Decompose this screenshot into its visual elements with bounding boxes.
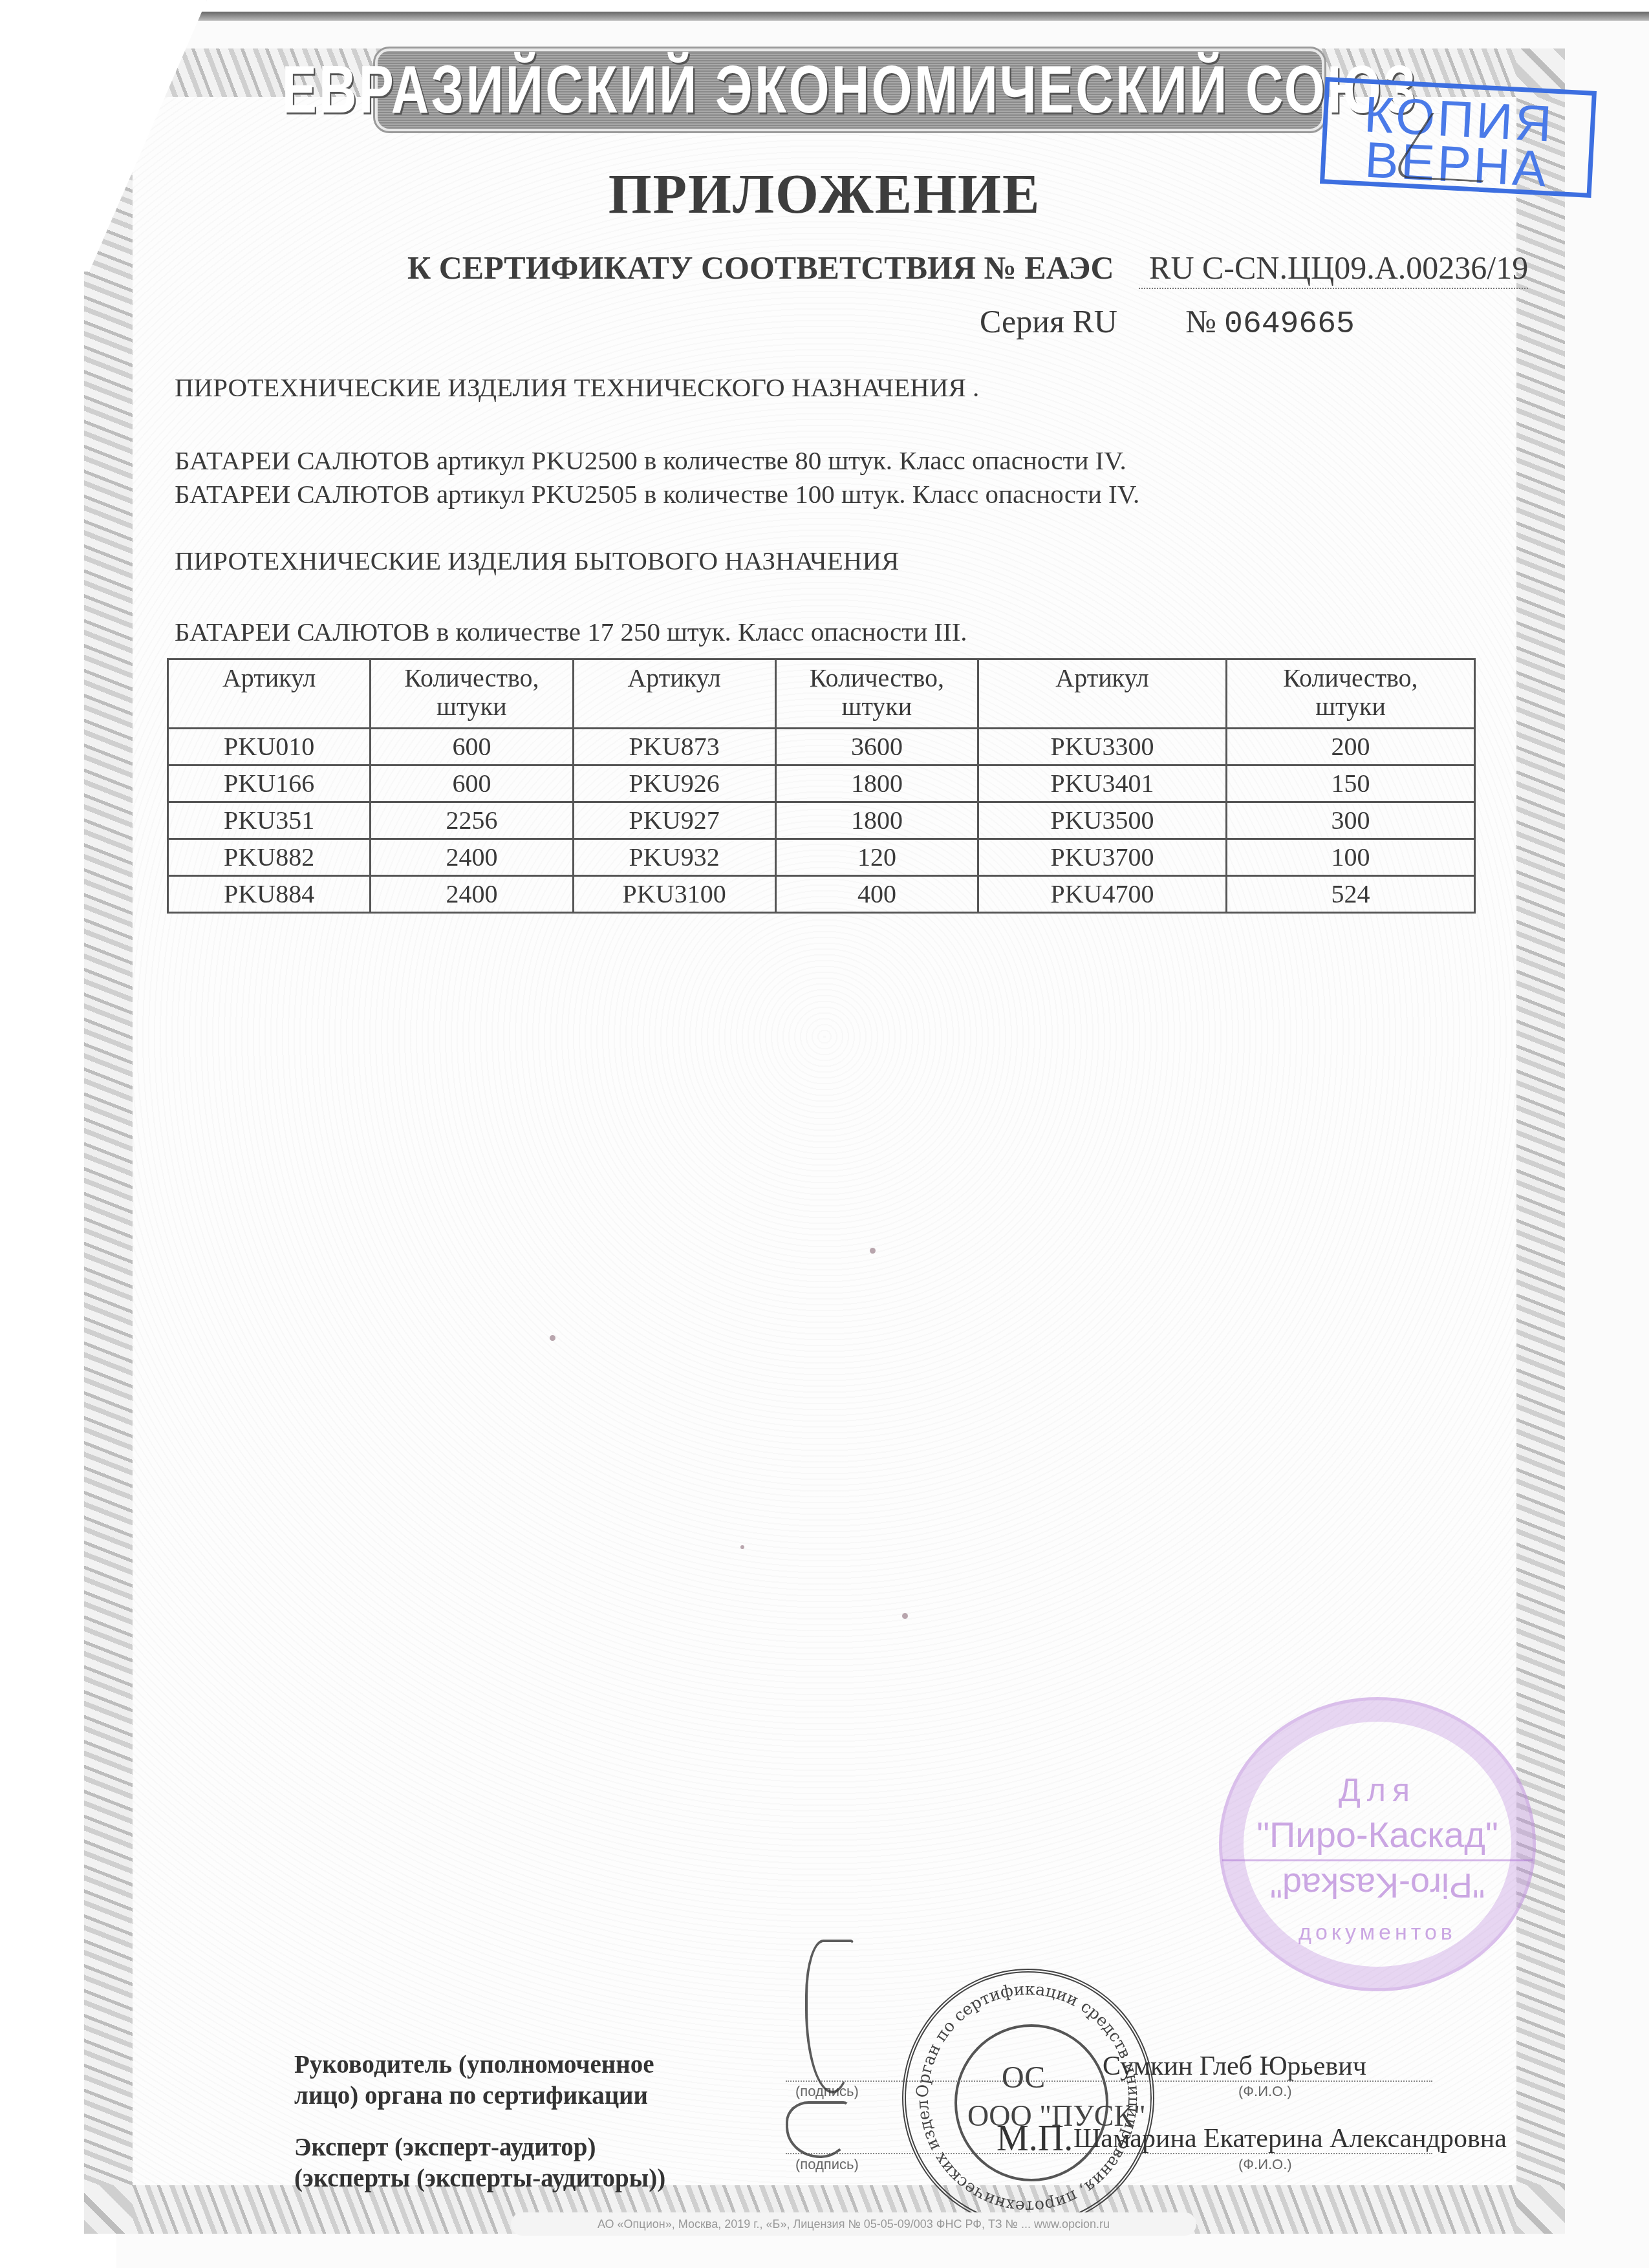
table-row: PKU166600PKU9261800PKU3401150 bbox=[168, 765, 1475, 802]
column-header-quantity: Количество,штуки bbox=[1226, 659, 1474, 729]
technical-item: БАТАРЕИ САЛЮТОВ артикул PKU2500 в количе… bbox=[175, 445, 1126, 476]
articles-table: Артикул Количество,штуки Артикул Количес… bbox=[167, 658, 1476, 914]
purple-stamp-line1: Для bbox=[1222, 1771, 1533, 1809]
head-name-caption: (Ф.И.О.) bbox=[1238, 2083, 1292, 2100]
quantity-cell: 2256 bbox=[371, 802, 573, 839]
quantity-cell: 400 bbox=[775, 876, 978, 913]
article-cell: PKU3401 bbox=[978, 765, 1227, 802]
quantity-cell: 1800 bbox=[775, 802, 978, 839]
purple-stamp-line4: документов bbox=[1222, 1920, 1533, 1945]
article-cell: PKU166 bbox=[168, 765, 371, 802]
quantity-cell: 600 bbox=[371, 765, 573, 802]
article-cell: PKU3500 bbox=[978, 802, 1227, 839]
series-line: Серия RU № 0649665 bbox=[980, 303, 1355, 342]
purple-company-stamp: Для "Пиро-Каскад" "Piro-Kaskad" документ… bbox=[1219, 1697, 1536, 1991]
article-cell: PKU882 bbox=[168, 839, 371, 876]
article-cell: PKU926 bbox=[573, 765, 775, 802]
article-cell: PKU3100 bbox=[573, 876, 775, 913]
banner-title: ЕВРАЗИЙСКИЙ ЭКОНОМИЧЕСКИЙ СОЮЗ bbox=[282, 52, 1418, 129]
table-row: PKU8842400PKU3100400PKU4700524 bbox=[168, 876, 1475, 913]
article-cell: PKU010 bbox=[168, 729, 371, 765]
article-cell: PKU4700 bbox=[978, 876, 1227, 913]
article-cell: PKU3700 bbox=[978, 839, 1227, 876]
scan-speck bbox=[550, 1335, 555, 1341]
number-value: 0649665 bbox=[1224, 307, 1355, 342]
table-row: PKU8822400PKU932120PKU3700100 bbox=[168, 839, 1475, 876]
article-cell: PKU873 bbox=[573, 729, 775, 765]
table-row: PKU3512256PKU9271800PKU3500300 bbox=[168, 802, 1475, 839]
article-cell: PKU927 bbox=[573, 802, 775, 839]
scan-speck bbox=[740, 1545, 744, 1549]
quantity-cell: 150 bbox=[1226, 765, 1474, 802]
expert-label: Эксперт (эксперт-аудитор) (эксперты (экс… bbox=[294, 2132, 665, 2194]
scan-edge bbox=[194, 12, 1649, 21]
household-heading: ПИРОТЕХНИЧЕСКИЕ ИЗДЕЛИЯ БЫТОВОГО НАЗНАЧЕ… bbox=[175, 545, 899, 576]
household-summary: БАТАРЕИ САЛЮТОВ в количестве 17 250 штук… bbox=[175, 616, 967, 647]
certificate-subtitle-prefix: К СЕРТИФИКАТУ СООТВЕТСТВИЯ № ЕАЭС bbox=[407, 250, 1114, 286]
expert-name-caption: (Ф.И.О.) bbox=[1238, 2156, 1292, 2173]
purple-stamp-line3: "Piro-Kaskad" bbox=[1222, 1865, 1533, 1905]
quantity-cell: 120 bbox=[775, 839, 978, 876]
expert-name: Шамарина Екатерина Александровна bbox=[1073, 2123, 1507, 2154]
quantity-cell: 2400 bbox=[371, 876, 573, 913]
printer-imprint: АО «Опцион», Москва, 2019 г., «Б», Лицен… bbox=[511, 2212, 1196, 2236]
article-cell: PKU3300 bbox=[978, 729, 1227, 765]
head-label: Руководитель (уполномоченное лицо) орган… bbox=[294, 2049, 654, 2112]
table-row: PKU010600PKU8733600PKU3300200 bbox=[168, 729, 1475, 765]
column-header-article: Артикул bbox=[573, 659, 775, 729]
quantity-cell: 300 bbox=[1226, 802, 1474, 839]
quantity-cell: 524 bbox=[1226, 876, 1474, 913]
scan-speck bbox=[870, 1248, 876, 1254]
number-label: № bbox=[1185, 303, 1216, 339]
column-header-article: Артикул bbox=[978, 659, 1227, 729]
quantity-cell: 3600 bbox=[775, 729, 978, 765]
head-name: Сумкин Глеб Юрьевич bbox=[1103, 2051, 1366, 2082]
technical-heading: ПИРОТЕХНИЧЕСКИЕ ИЗДЕЛИЯ ТЕХНИЧЕСКОГО НАЗ… bbox=[175, 372, 979, 403]
quantity-cell: 2400 bbox=[371, 839, 573, 876]
certification-seal: Орган по сертификации средств инициирова… bbox=[902, 1969, 1154, 2227]
seal-os: ОС bbox=[1002, 2060, 1045, 2095]
article-cell: PKU884 bbox=[168, 876, 371, 913]
column-header-quantity: Количество,штуки bbox=[775, 659, 978, 729]
header-banner: ЕВРАЗИЙСКИЙ ЭКОНОМИЧЕСКИЙ СОЮЗ bbox=[375, 48, 1324, 131]
column-header-article: Артикул bbox=[168, 659, 371, 729]
purple-stamp-line2: "Пиро-Каскад" bbox=[1222, 1813, 1533, 1861]
series-value: RU bbox=[1072, 303, 1117, 339]
series-label: Серия bbox=[980, 303, 1064, 339]
quantity-cell: 100 bbox=[1226, 839, 1474, 876]
certificate-number: RU C-CN.ЦЦ09.А.00236/19 bbox=[1139, 249, 1528, 289]
column-header-quantity: Количество,штуки bbox=[371, 659, 573, 729]
scan-speck bbox=[902, 1613, 908, 1619]
article-cell: PKU351 bbox=[168, 802, 371, 839]
article-cell: PKU932 bbox=[573, 839, 775, 876]
document-title: ПРИЛОЖЕНИЕ bbox=[0, 162, 1649, 226]
technical-item: БАТАРЕИ САЛЮТОВ артикул PKU2505 в количе… bbox=[175, 478, 1139, 509]
quantity-cell: 1800 bbox=[775, 765, 978, 802]
quantity-cell: 200 bbox=[1226, 729, 1474, 765]
certificate-subtitle: К СЕРТИФИКАТУ СООТВЕТСТВИЯ № ЕАЭС RU C-C… bbox=[407, 249, 1528, 289]
table-header-row: Артикул Количество,штуки Артикул Количес… bbox=[168, 659, 1475, 729]
seal-mp: М.П. bbox=[997, 2118, 1073, 2159]
quantity-cell: 600 bbox=[371, 729, 573, 765]
expert-signature-caption: (подпись) bbox=[795, 2156, 859, 2173]
